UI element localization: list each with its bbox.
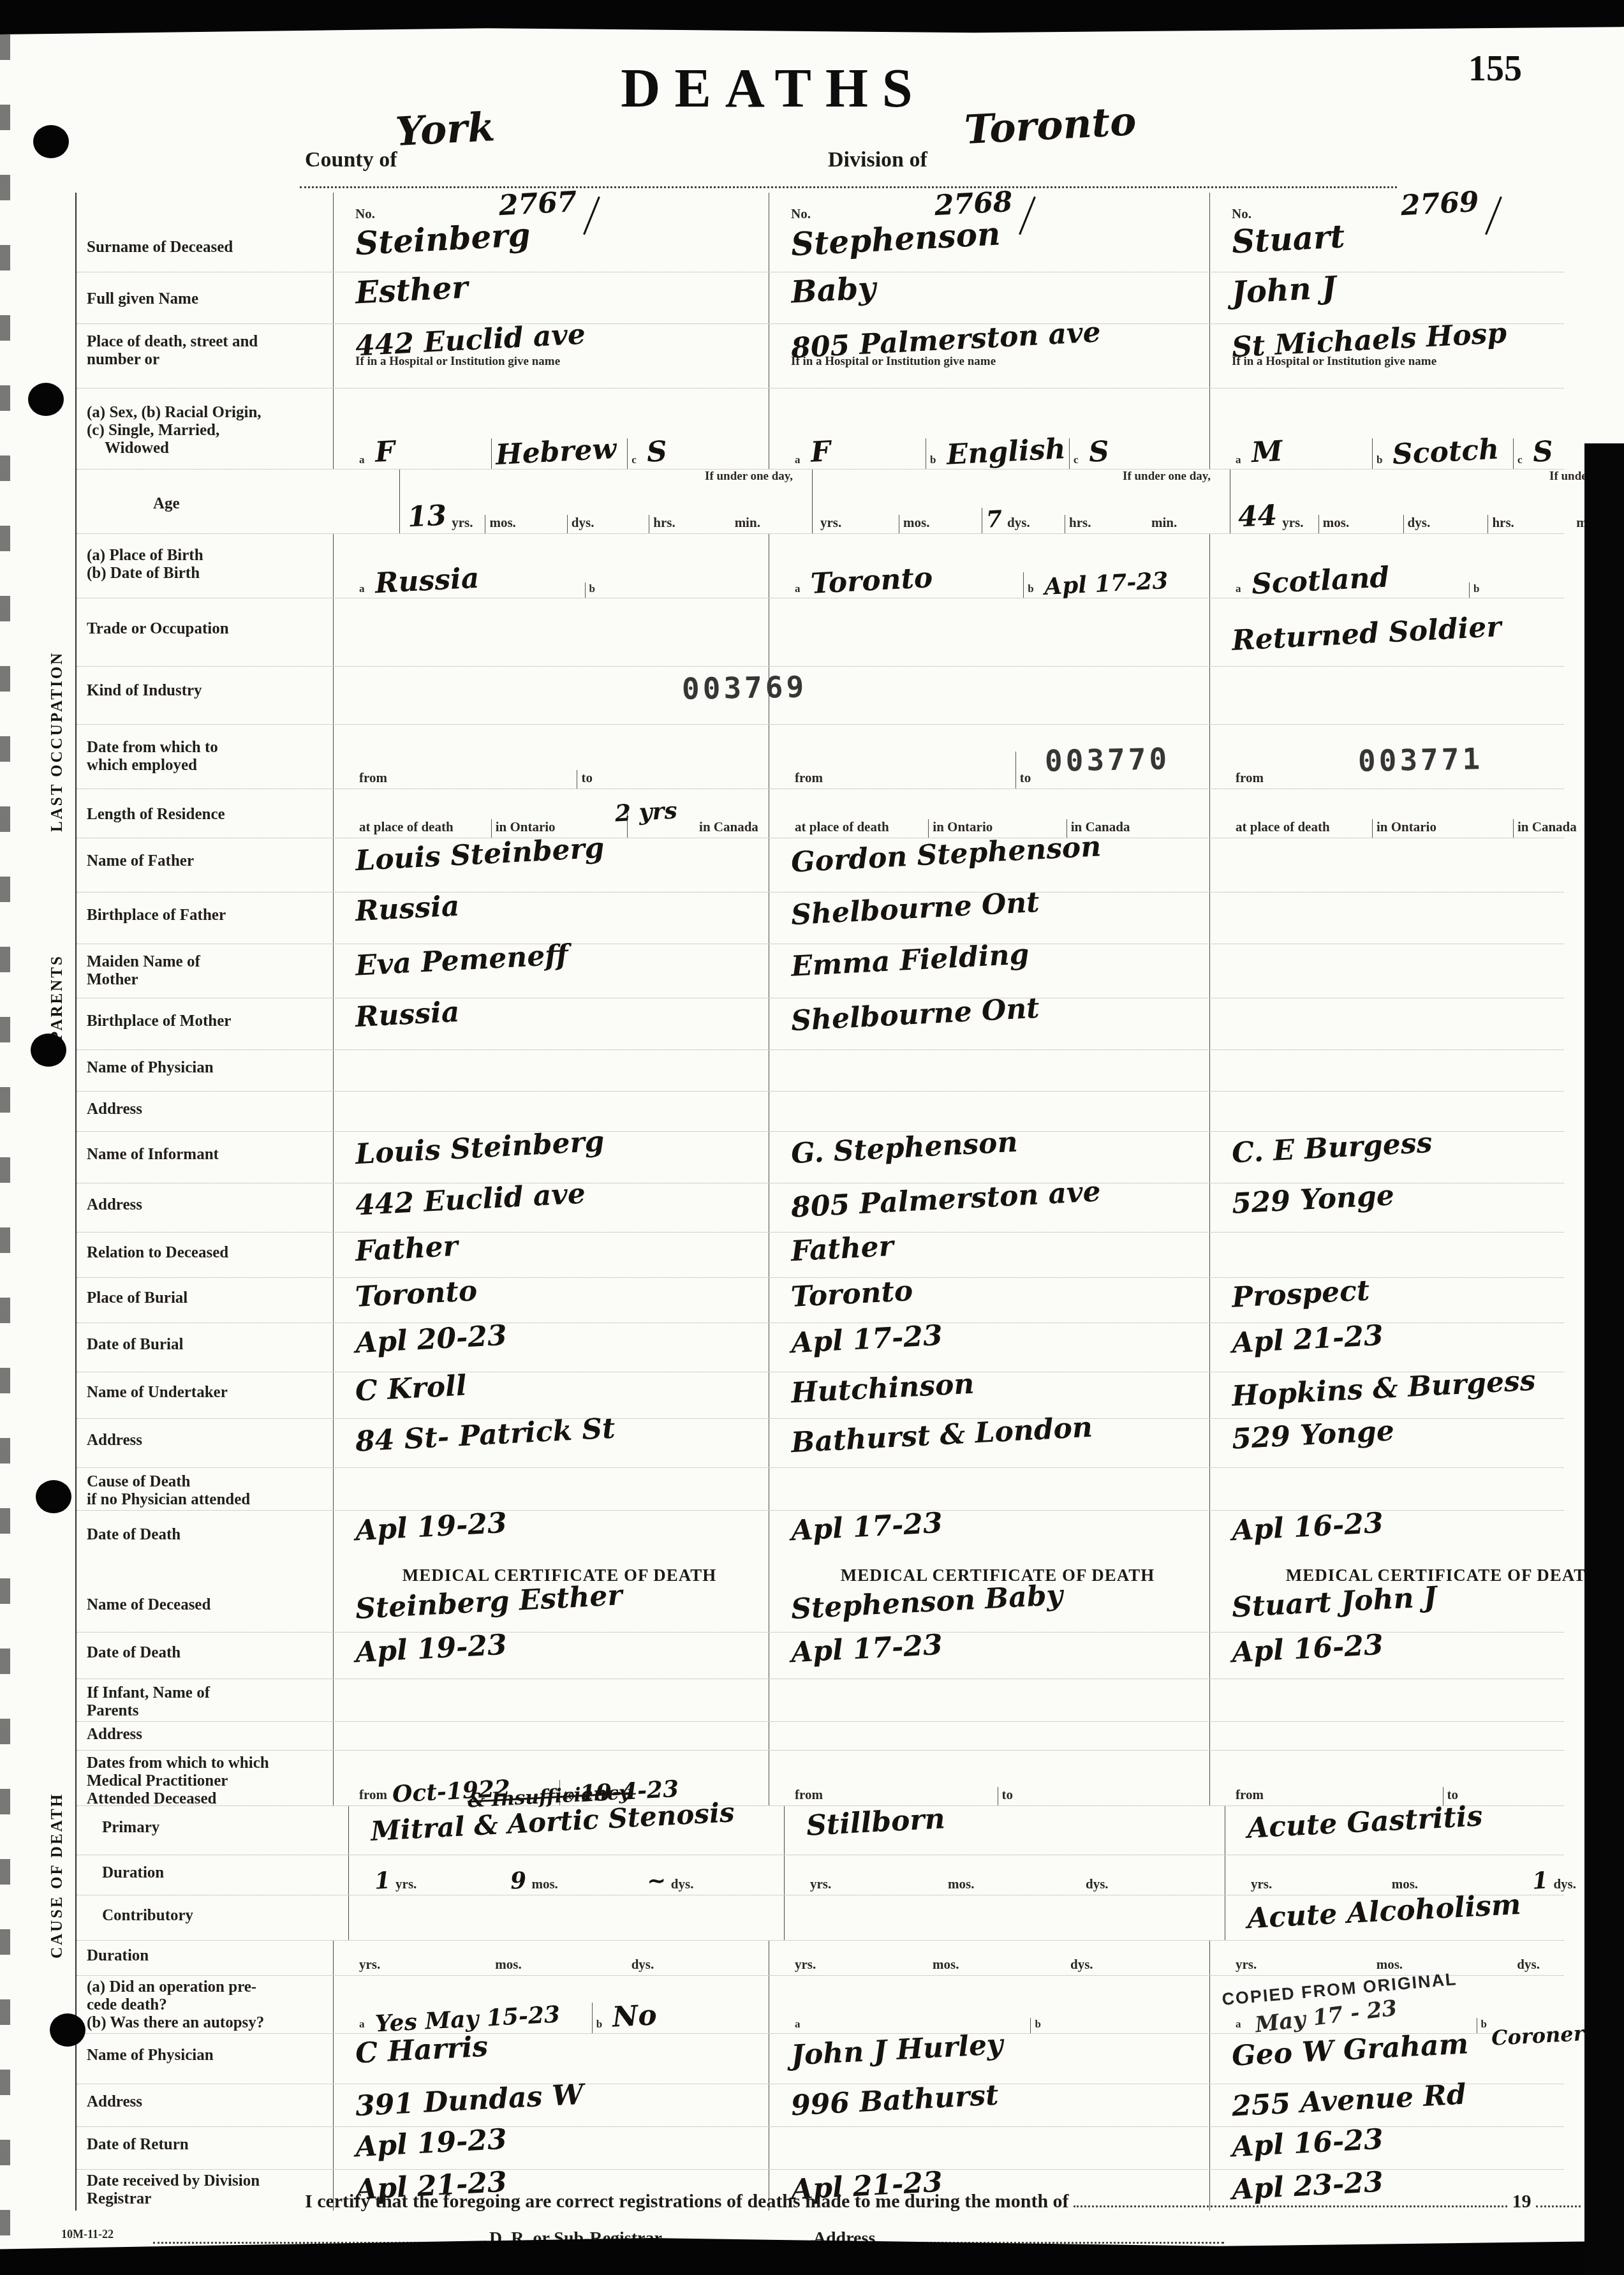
age-mos: mos. [899, 515, 982, 533]
undertaker-address-field: 84 St- Patrick St [333, 1419, 769, 1467]
place-of-death-field: St Michaels HospIf in a Hospital or Inst… [1209, 324, 1624, 388]
birth-date-value: Apl 17-23 [1044, 569, 1169, 598]
contributory-label: Contributory [77, 1895, 348, 1940]
informant-label: Name of Informant [77, 1132, 333, 1183]
birth-place: aScotland [1232, 567, 1469, 598]
sex-a: aF [355, 438, 491, 469]
cause-no-physician-field [1209, 1468, 1624, 1510]
address-label-text: Address [87, 1100, 142, 1118]
date-of-death-label-text: Date of Death [87, 1644, 181, 1661]
infant-address-field [769, 1722, 1209, 1750]
cert-deceased-field: Steinberg Esther [333, 1586, 769, 1632]
trade-field [769, 598, 1209, 666]
employed-field: from to003770 [769, 725, 1209, 789]
trade-field [333, 598, 769, 666]
undertaker-label: Name of Undertaker [77, 1372, 333, 1418]
address-label-text: Address [87, 2093, 142, 2110]
row-employed: Date from which to which employed from t… [77, 725, 1564, 789]
attended-to: to [998, 1787, 1205, 1805]
attended-field: from to [769, 1751, 1209, 1805]
infant-parents-field [769, 1679, 1209, 1721]
certify-blank [1074, 2191, 1507, 2207]
birth-place: aRussia [355, 567, 585, 598]
certifying-physician-address-value: 996 Bathurst [790, 2082, 999, 2121]
mother-birthplace-label: Birthplace of Mother [77, 998, 333, 1049]
registration-form: LAST OCCUPATION PARENTS CAUSE OF DEATH N… [75, 193, 1564, 2211]
cause-no-physician-field [769, 1468, 1209, 1510]
side-label-cause-of-death: CAUSE OF DEATH [48, 1793, 66, 1959]
under-one-day-note: If under one day, [705, 470, 793, 484]
row-certifying-physician: Name of Physician C Harris John J Hurley… [77, 2034, 1564, 2084]
residence-canada-label: in Canada [1517, 819, 1577, 835]
residence-canada-value: 2 yrs [614, 799, 677, 825]
physician-address-field [769, 1092, 1209, 1131]
attended-label-line1: Dates from which to which [87, 1754, 269, 1772]
informant-field: Louis Steinberg [333, 1132, 769, 1183]
duration-dys: dys. [1082, 1876, 1220, 1895]
father-field [1209, 838, 1624, 892]
unit-yrs: yrs. [1282, 515, 1303, 531]
sex-value: M [1250, 438, 1283, 467]
employed-label-line1: Date from which to [87, 739, 218, 756]
cert-deceased-value: Stephenson Baby [790, 1582, 1063, 1624]
duration-mos: mos. [491, 1957, 627, 1975]
cert-date-value: Apl 16-23 [1231, 1631, 1384, 1667]
surname-field: Stephenson [769, 221, 1209, 272]
infant-address-field [1209, 1722, 1624, 1750]
burial-date-field: Apl 21-23 [1209, 1323, 1624, 1372]
age-hrs: hrs. [1487, 515, 1572, 533]
informant-value: G. Stephenson [790, 1129, 1018, 1169]
age-yrs: 44yrs. [1234, 503, 1318, 533]
tiny-a: a [1236, 582, 1241, 595]
scan-left-edge [0, 34, 10, 2238]
physician-label-text: Name of Physician [87, 2047, 214, 2064]
duration-mos: mos. [929, 1957, 1067, 1975]
unit-dys: dys. [671, 1876, 694, 1892]
age-mos: mos. [485, 515, 566, 533]
tiny-b: b [1473, 582, 1479, 595]
signature-blank [153, 2228, 485, 2244]
unit-yrs: yrs. [359, 1957, 380, 1973]
to-label: to [581, 770, 593, 786]
informant-field: G. Stephenson [769, 1132, 1209, 1183]
operation-field: aYes May 15-23 bNo [333, 1976, 769, 2033]
burial-place-field: Toronto [769, 1278, 1209, 1323]
employed-field: from003771 [1209, 725, 1624, 789]
row-cause-no-physician: Cause of Death if no Physician attended [77, 1468, 1564, 1511]
cause-label-line2: if no Physician attended [87, 1491, 250, 1508]
burial-date-label-text: Date of Burial [87, 1336, 183, 1353]
age-yrs-value: 13 [407, 501, 447, 531]
undertaker-address-value: 84 St- Patrick St [355, 1414, 616, 1456]
cert-date-field: Apl 17-23 [769, 1633, 1209, 1678]
tiny-b: b [1028, 582, 1033, 595]
duration-mos: 9mos. [506, 1869, 642, 1895]
row-mother-maiden: Maiden Name of Mother Eva Pemeneff Emma … [77, 944, 1564, 998]
cert-deceased-field: Stephenson Baby [769, 1586, 1209, 1632]
duration-dys-value: ~ [646, 1869, 667, 1893]
row-duration-primary: Duration 1yrs. 9mos. ~dys. yrs. mos. dys… [77, 1855, 1564, 1895]
row-cert-date-of-death: Date of Death Apl 19-23 Apl 17-23 Apl 16… [77, 1633, 1564, 1679]
operation-value: Yes May 15-23 [374, 2003, 561, 2035]
residence-place-label: at place of death [1236, 819, 1330, 835]
from-label: from [795, 1787, 823, 1803]
address-label: Address [77, 2084, 333, 2126]
operation-field: a b [769, 1976, 1209, 2033]
father-value: Gordon Stephenson [790, 833, 1102, 877]
age-yrs: 13yrs. [404, 503, 485, 533]
autopsy-value: No [612, 2001, 658, 2032]
row-place-of-death: Place of death, street and number or 442… [77, 324, 1564, 389]
primary-cause-value: Stillborn [806, 1805, 946, 1840]
undertaker-address-field: Bathurst & London [769, 1419, 1209, 1467]
unit-min: min. [735, 515, 760, 531]
row-mother-birthplace: Birthplace of Mother Russia Shelbourne O… [77, 998, 1564, 1050]
cause-label-line1: Cause of Death [87, 1473, 191, 1490]
received-label-line1: Date received by Division [87, 2172, 260, 2190]
infant-label: If Infant, Name of Parents [77, 1679, 333, 1721]
sex-field: aF Hebrew cS [333, 389, 769, 469]
given-name-value: John J [1231, 272, 1337, 309]
place-of-death-label: Place of death, street and number or [77, 324, 333, 388]
residence-place-label: at place of death [795, 819, 889, 835]
residence-place-label: at place of death [359, 819, 454, 835]
division-label: Division of [828, 148, 927, 172]
burial-place-value: Prospect [1231, 1277, 1370, 1312]
industry-label: Kind of Industry [77, 667, 333, 724]
undertaker-field: Hutchinson [769, 1372, 1209, 1418]
residence-canada-label: in Canada [699, 819, 758, 835]
row-surname: Surname of Deceased Steinberg Stephenson… [77, 221, 1564, 272]
certification-line: I certify that the foregoing are correct… [305, 2191, 1581, 2212]
undertaker-field: Hopkins & Burgess [1209, 1372, 1624, 1418]
primary-label: Primary [77, 1806, 348, 1855]
father-field: Louis Steinberg [333, 838, 769, 892]
tiny-b: b [930, 454, 936, 466]
tiny-b: b [596, 2018, 602, 2031]
tiny-b: b [589, 582, 595, 595]
year-blank [1536, 2191, 1581, 2207]
father-label-text: Name of Father [87, 852, 194, 870]
cert-date-field: Apl 19-23 [333, 1633, 769, 1678]
place-label-line1: Place of death, street and [87, 333, 258, 350]
burial-place-value: Toronto [790, 1277, 913, 1312]
relation-field: Father [333, 1233, 769, 1277]
given-name-field: Esther [333, 272, 769, 323]
unit-dys: dys. [1070, 1957, 1093, 1973]
date-of-return-value: Apl 16-23 [1231, 2126, 1384, 2161]
infant-label-line2: Parents [87, 1702, 138, 1719]
tiny-a: a [795, 454, 801, 466]
date-of-death-label-text: Date of Death [87, 1526, 181, 1543]
duration-field: 1yrs. 9mos. ~dys. [348, 1855, 784, 1895]
row-sex-origin-marital: (a) Sex, (b) Racial Origin, (c) Single, … [77, 389, 1564, 470]
unit-yrs: yrs. [1236, 1957, 1257, 1973]
unit-mos: mos. [489, 515, 515, 531]
employed-to: to003770 [1015, 752, 1204, 789]
no-label: No. [791, 206, 811, 221]
unit-dys: dys. [1553, 1876, 1576, 1892]
row-physician-address: Address [77, 1092, 1564, 1132]
address-blank [880, 2228, 1224, 2244]
informant-address-field: 442 Euclid ave [333, 1183, 769, 1232]
to-label: to [1002, 1787, 1014, 1803]
certifying-physician-value: Geo W Graham [1231, 2030, 1469, 2070]
father-field: Gordon Stephenson [769, 838, 1209, 892]
duration-dys: dys. [1067, 1957, 1204, 1975]
burial-date-value: Apl 17-23 [790, 1322, 943, 1358]
date-received-label: Date received by Division Registrar [77, 2170, 333, 2211]
residence-field: at place of death in Ontario 2 yrsin Can… [333, 789, 769, 838]
unit-yrs: yrs. [1251, 1876, 1272, 1892]
row-industry: Kind of Industry 003769 [77, 667, 1564, 725]
duration-mos: mos. [944, 1876, 1082, 1895]
father-birthplace-field: Russia [333, 893, 769, 944]
contributory-field [348, 1895, 784, 1940]
row-infant-parents: If Infant, Name of Parents [77, 1679, 1564, 1722]
employed-from: from [355, 770, 577, 789]
residence-canada: 2 yrsin Canada [627, 812, 764, 838]
certifying-physician-address-value: 391 Dundas W [355, 2081, 584, 2121]
county-division-line: County of York Division of Toronto [300, 139, 1397, 188]
from-label: from [359, 1787, 387, 1803]
record-number-value: 2769 [1400, 188, 1480, 220]
birth-place-value: Toronto [809, 564, 933, 598]
primary-cause-field: Stillborn [784, 1806, 1225, 1855]
from-label: from [359, 770, 387, 786]
duration-yrs: yrs. [806, 1876, 944, 1895]
unit-mos: mos. [495, 1957, 521, 1973]
address-label: Address [77, 1183, 333, 1232]
trade-field: Returned Soldier [1209, 598, 1624, 666]
racial-origin: bScotch [1372, 438, 1513, 469]
mother-birthplace-field [1209, 998, 1624, 1049]
age-dys: 7dys. [982, 508, 1065, 533]
unit-mos: mos. [1392, 1876, 1418, 1892]
industry-field [1209, 667, 1624, 724]
age-dys: dys. [1403, 515, 1488, 533]
relation-field [1209, 1233, 1624, 1277]
row-number: No. 2767 No. 2768 No. 2769 [77, 193, 1564, 221]
father-value: Louis Steinberg [355, 834, 605, 875]
marital-value: S [1532, 438, 1553, 467]
father-label: Name of Father [77, 838, 333, 892]
infant-parents-field [1209, 1679, 1624, 1721]
certifying-physician-field: Geo W GrahamCoroner [1209, 2034, 1624, 2084]
tiny-a: a [795, 582, 801, 595]
cause-no-physician-label: Cause of Death if no Physician attended [77, 1468, 333, 1510]
row-operation-autopsy: (a) Did an operation pre- cede death? (b… [77, 1976, 1564, 2034]
sex-a: aM [1232, 438, 1372, 469]
father-birthplace-value: Russia [355, 893, 460, 926]
duration-label: Duration [77, 1941, 333, 1975]
address-label: Address [77, 1722, 333, 1750]
row-infant-address: Address [77, 1722, 1564, 1751]
surname-field: Stuart [1209, 221, 1624, 272]
mother-birthplace-value: Shelbourne Ont [790, 995, 1040, 1035]
punch-hole [36, 1480, 71, 1513]
birth-field: aToronto bApl 17-23 [769, 534, 1209, 598]
unit-dys: dys. [572, 515, 594, 531]
address-label-text: Address [87, 1196, 142, 1213]
sex-label-line1: (a) Sex, (b) Racial Origin, [87, 404, 262, 421]
sex-label-line2: (c) Single, Married, [87, 422, 219, 439]
birth-label-line2: (b) Date of Birth [87, 565, 200, 582]
surname-field: Steinberg [333, 221, 769, 272]
tiny-b: b [1035, 2018, 1040, 2031]
racial-origin-value: English [945, 435, 1066, 470]
date-of-return-field [769, 2127, 1209, 2169]
primary-label-text: Primary [102, 1819, 159, 1836]
unit-yrs: yrs. [452, 515, 473, 531]
cert-deceased-value: Steinberg Esther [355, 1582, 623, 1624]
physician-label-text: Name of Physician [87, 1059, 214, 1076]
address-label-text: Address [87, 1432, 142, 1449]
contributory-label-text: Contributory [102, 1907, 193, 1924]
row-duration-contributory: Duration yrs. mos. dys. yrs. mos. dys. y… [77, 1941, 1564, 1976]
operation-a: aYes May 15-23 [355, 2008, 592, 2033]
undertaker-address-field: 529 Yonge [1209, 1419, 1624, 1467]
operation-b: b [1030, 2018, 1204, 2033]
duration-label-text: Duration [102, 1864, 164, 1881]
duration-field: yrs. mos. dys. [1209, 1941, 1624, 1975]
marital: cS [627, 438, 764, 469]
marital: cS [1069, 438, 1204, 469]
row-birth: (a) Place of Birth (b) Date of Birth aRu… [77, 534, 1564, 598]
unit-mos: mos. [903, 515, 929, 531]
row-age: Age If under one day, 13yrs. mos. dys. h… [77, 470, 1564, 534]
age-field: If under one day, 13yrs. mos. dys. hrs. … [399, 470, 812, 533]
residence-ontario-label: in Ontario [1377, 819, 1436, 835]
birth-place-value: Scotland [1250, 563, 1389, 598]
unit-mos: mos. [531, 1876, 557, 1892]
row-cert-deceased-name: Name of Deceased Steinberg Esther Stephe… [77, 1586, 1564, 1633]
mother-maiden-field: Emma Fielding [769, 944, 1209, 998]
duration-yrs: yrs. [1232, 1957, 1373, 1975]
residence-place: at place of death [355, 819, 491, 838]
attended-field: fromOct-1922 to19-4-23 & Insufficiency [333, 1751, 769, 1805]
row-date-of-death: Date of Death Apl 19-23 Apl 17-23 Apl 16… [77, 1511, 1564, 1562]
tiny-a: a [359, 2018, 365, 2031]
cert-date-value: Apl 17-23 [790, 1631, 943, 1667]
racial-origin: bEnglish [926, 438, 1069, 469]
sex-field: aM bScotch cS [1209, 389, 1624, 469]
infant-parents-field [333, 1679, 769, 1721]
serial-stamp: 003770 [1045, 741, 1170, 778]
industry-field: 003769 [333, 667, 769, 724]
date-of-death-value: Apl 17-23 [790, 1509, 943, 1545]
unit-mos: mos. [1377, 1957, 1403, 1973]
infant-address-field [333, 1722, 769, 1750]
duration-field: yrs. mos. dys. [769, 1941, 1209, 1975]
record-number-1: No. 2767 [333, 193, 769, 221]
primary-cause-value: Mitral & Aortic Stenosis [370, 1799, 735, 1845]
residence-ontario-label: in Ontario [496, 819, 556, 835]
unit-dys: dys. [1408, 515, 1431, 531]
residence-label: Length of Residence [77, 789, 333, 838]
age-mos: mos. [1318, 515, 1403, 533]
burial-place-label-text: Place of Burial [87, 1289, 188, 1307]
birth-label: (a) Place of Birth (b) Date of Birth [77, 534, 333, 598]
undertaker-address-value: 529 Yonge [1231, 1417, 1395, 1453]
date-of-death-field: Apl 19-23 [333, 1511, 769, 1562]
birth-date: bApl 17-23 [1023, 572, 1204, 598]
duration-dys: ~dys. [643, 1869, 779, 1895]
no-label: No. [1232, 206, 1251, 221]
scan-right-edge [1584, 443, 1624, 2275]
attended-label-line2: Medical Practitioner [87, 1772, 228, 1790]
certifying-physician-field: John J Hurley [769, 2034, 1209, 2084]
age-yrs-value: 44 [1237, 501, 1278, 531]
duration-yrs: yrs. [791, 1957, 929, 1975]
cause-no-physician-field [333, 1468, 769, 1510]
row-informant: Name of Informant Louis Steinberg G. Ste… [77, 1132, 1564, 1183]
burial-date-value: Apl 20-23 [355, 1322, 508, 1358]
division-value: Toronto [964, 101, 1137, 150]
certifying-physician-address-field: 391 Dundas W [333, 2084, 769, 2126]
from-label: from [1236, 770, 1264, 786]
sex-value: F [809, 438, 831, 467]
record-number-3: No. 2769 [1209, 193, 1624, 221]
residence-place: at place of death [791, 819, 928, 838]
physician-field [769, 1050, 1209, 1091]
given-name-field: Baby [769, 272, 1209, 323]
physician-field [333, 1050, 769, 1091]
tiny-c: c [1074, 454, 1079, 466]
trade-label: Trade or Occupation [77, 598, 333, 666]
certifying-physician-address-value: 255 Avenue Rd [1231, 2080, 1467, 2121]
trade-label-text: Trade or Occupation [87, 620, 229, 637]
sex-value: F [374, 438, 395, 467]
informant-value: C. E Burgess [1231, 1129, 1433, 1167]
date-of-return-value: Apl 19-23 [355, 2126, 508, 2161]
burial-place-label: Place of Burial [77, 1278, 333, 1323]
unit-hrs: hrs. [1492, 515, 1514, 531]
row-contributory: Contributory Acute Alcoholism [77, 1895, 1564, 1941]
given-name-label: Full given Name [77, 272, 333, 323]
age-hrs: hrs. [649, 515, 730, 533]
cert-date-field: Apl 16-23 [1209, 1633, 1624, 1678]
employed-to: to [577, 770, 764, 789]
physician-label: Name of Physician [77, 2034, 333, 2084]
industry-label-text: Kind of Industry [87, 682, 202, 699]
mother-label-line2: Mother [87, 971, 138, 988]
unit-yrs: yrs. [395, 1876, 417, 1892]
certifying-physician-value: C Harris [355, 2033, 489, 2068]
burial-date-field: Apl 17-23 [769, 1323, 1209, 1372]
unit-hrs: hrs. [653, 515, 675, 531]
no-label: No. [355, 206, 375, 221]
place-of-death-field: 442 Euclid aveIf in a Hospital or Instit… [333, 324, 769, 388]
place-value: 805 Palmerston ave [790, 318, 1101, 362]
burial-place-field: Prospect [1209, 1278, 1624, 1323]
infant-label-line1: If Infant, Name of [87, 1684, 210, 1701]
row-undertaker-address: Address 84 St- Patrick St Bathurst & Lon… [77, 1419, 1564, 1468]
place-value: St Michaels Hosp [1231, 320, 1507, 362]
tiny-a: a [1236, 454, 1241, 466]
sex-a: aF [791, 438, 926, 469]
deceased-label-text: Name of Deceased [87, 1596, 210, 1613]
mother-birthplace-field: Russia [333, 998, 769, 1049]
duration-yrs: 1yrs. [371, 1869, 506, 1895]
racial-origin-value: Hebrew [495, 435, 617, 470]
employed-from: from [791, 770, 1015, 789]
unit-min: min. [1151, 515, 1177, 531]
marital-value: S [1088, 438, 1109, 467]
tiny-a: a [359, 582, 365, 595]
operation-label-line2: cede death? [87, 1996, 167, 2013]
